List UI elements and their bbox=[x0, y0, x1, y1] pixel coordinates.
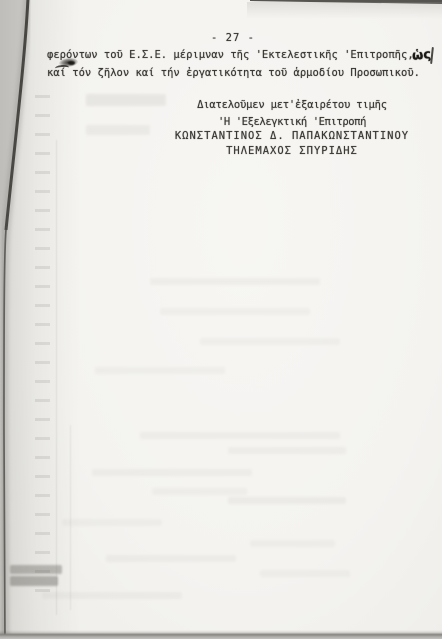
bleed-through-artifact bbox=[160, 308, 310, 315]
top-right-shading bbox=[247, 2, 442, 19]
closing-valediction: Διατελοῦμεν μετ'ἐξαιρέτου τιμῆς bbox=[122, 99, 442, 111]
bleed-through-artifact bbox=[70, 425, 71, 610]
bleed-through-artifact bbox=[260, 570, 350, 577]
body-line-2: καί τόν ζῆλον καί τήν ἐργατικότητα τοῦ ἁ… bbox=[47, 67, 420, 79]
left-edge-shading bbox=[0, 0, 80, 639]
ink-smudge bbox=[68, 61, 75, 65]
bleed-through-artifact bbox=[200, 338, 340, 345]
bleed-through-artifact bbox=[42, 592, 182, 599]
scanned-document-page: - 27 - φερόντων τοῦ Ε.Σ.Ε. μέριμναν τῆς … bbox=[0, 0, 442, 639]
closing-committee: 'Η 'Εξελεγκτική 'Επιτροπή bbox=[122, 116, 442, 128]
scan-bottom-edge bbox=[0, 630, 442, 639]
bleed-through-artifact bbox=[140, 432, 340, 439]
bleed-through-artifact bbox=[150, 278, 320, 285]
bleed-through-artifact bbox=[35, 95, 50, 605]
bleed-through-artifact bbox=[250, 540, 335, 547]
bleed-through-artifact bbox=[92, 469, 252, 476]
bleed-through-artifact bbox=[95, 367, 225, 374]
signatory-name-2: ΤΗΛΕΜΑΧΟΣ ΣΠΥΡΙΔΗΣ bbox=[122, 145, 442, 157]
bleed-through-artifact bbox=[228, 447, 346, 454]
bleed-through-artifact bbox=[152, 488, 247, 495]
bleed-through-artifact bbox=[106, 555, 236, 562]
bleed-through-artifact bbox=[10, 565, 62, 574]
bleed-through-artifact bbox=[56, 140, 57, 615]
handwritten-correction-mark bbox=[55, 65, 69, 72]
bleed-through-artifact bbox=[10, 576, 58, 586]
handwritten-annotation: ὡς bbox=[411, 47, 431, 64]
scan-top-edge bbox=[250, 0, 442, 4]
bleed-through-artifact bbox=[228, 497, 346, 504]
signatory-name-1: ΚΩΝΣΤΑΝΤΙΝΟΣ Δ. ΠΑΠΑΚΩΝΣΤΑΝΤΙΝΟΥ bbox=[122, 130, 442, 142]
page-spine-shadow bbox=[0, 0, 442, 639]
body-line-1: φερόντων τοῦ Ε.Σ.Ε. μέριμναν τῆς 'Εκτελε… bbox=[47, 49, 414, 61]
page-number: - 27 - bbox=[133, 32, 333, 44]
bleed-through-artifact bbox=[62, 519, 162, 526]
handwritten-stroke bbox=[430, 47, 434, 64]
